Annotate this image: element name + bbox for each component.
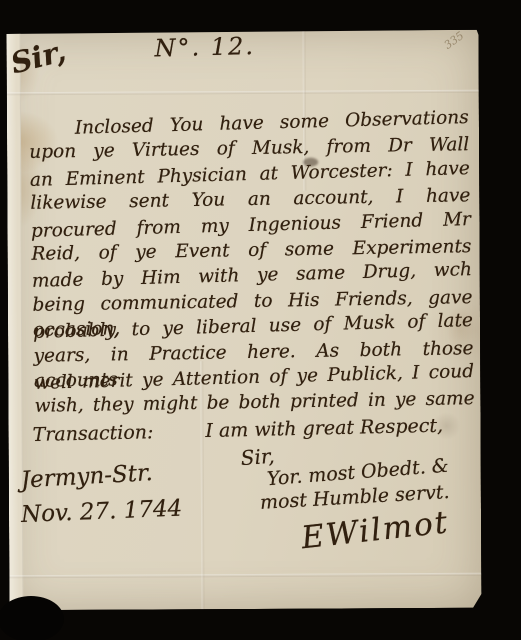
fold-crease-horizontal-top [7, 90, 479, 95]
fold-crease-horizontal-bottom [9, 573, 481, 578]
letter-body: Inclosed You have some Observationsupon … [29, 106, 475, 420]
signature: EWilmot [300, 504, 451, 556]
photograph-background: 335 N°. 12. Sir, Inclosed You have some … [0, 0, 521, 640]
corner-shadow [0, 596, 64, 640]
date-line: Nov. 27. 1744 [21, 496, 183, 528]
place-line: Jermyn-Str. [20, 460, 153, 494]
letter-page: 335 N°. 12. Sir, Inclosed You have some … [6, 30, 481, 610]
archive-number-pencil: 335 [442, 29, 467, 52]
closing-word: Transaction: [32, 421, 153, 446]
closing-respect: I am with great Respect, [205, 415, 443, 442]
closing-salutation: Sir, [240, 444, 276, 470]
letter-number: N°. 12. [154, 32, 255, 62]
